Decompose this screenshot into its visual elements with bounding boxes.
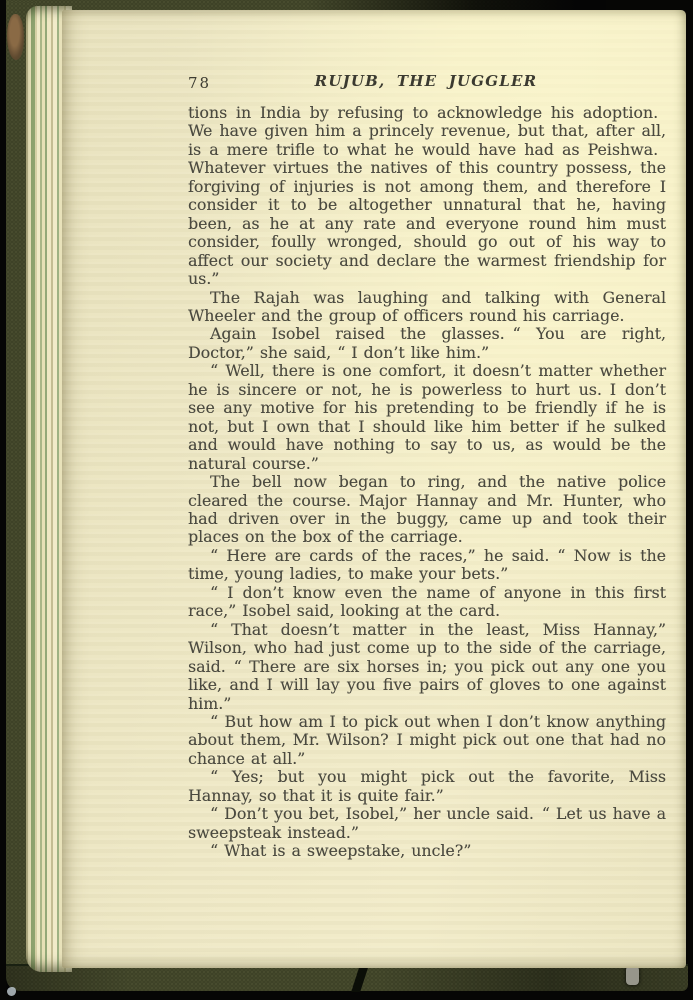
paragraph: “ Yes; but you might pick out the favori… bbox=[188, 768, 666, 805]
paragraph: “ Here are cards of the races,” he said.… bbox=[188, 547, 666, 584]
book-page: 78 RUJUB, THE JUGGLER tions in India by … bbox=[62, 10, 686, 968]
paragraph: The bell now began to ring, and the nati… bbox=[188, 473, 666, 547]
paragraph: “ But how am I to pick out when I don’t … bbox=[188, 713, 666, 768]
paragraph: “ What is a sweepstake, uncle?” bbox=[188, 842, 666, 860]
cover-bottom-wear-mark bbox=[626, 966, 639, 985]
paragraph: Again Isobel raised the glasses. “ You a… bbox=[188, 325, 666, 362]
page-text-block: tions in India by refusing to acknowledg… bbox=[188, 104, 666, 861]
paragraph: tions in India by refusing to acknowledg… bbox=[188, 104, 666, 289]
paragraph: The Rajah was laughing and talking with … bbox=[188, 289, 666, 326]
photo-artifact-speck bbox=[7, 987, 16, 996]
paragraph: “ Well, there is one comfort, it doesn’t… bbox=[188, 362, 666, 473]
paragraph: “ I don’t know even the name of anyone i… bbox=[188, 584, 666, 621]
paragraph: “ That doesn’t matter in the least, Miss… bbox=[188, 621, 666, 713]
running-header-title: RUJUB, THE JUGGLER bbox=[188, 72, 664, 90]
paragraph: “ Don’t you bet, Isobel,” her uncle said… bbox=[188, 805, 666, 842]
worn-cover-corner bbox=[7, 14, 24, 60]
book-photo: 78 RUJUB, THE JUGGLER tions in India by … bbox=[0, 0, 693, 1000]
book-cover-bottom-edge bbox=[6, 964, 688, 991]
